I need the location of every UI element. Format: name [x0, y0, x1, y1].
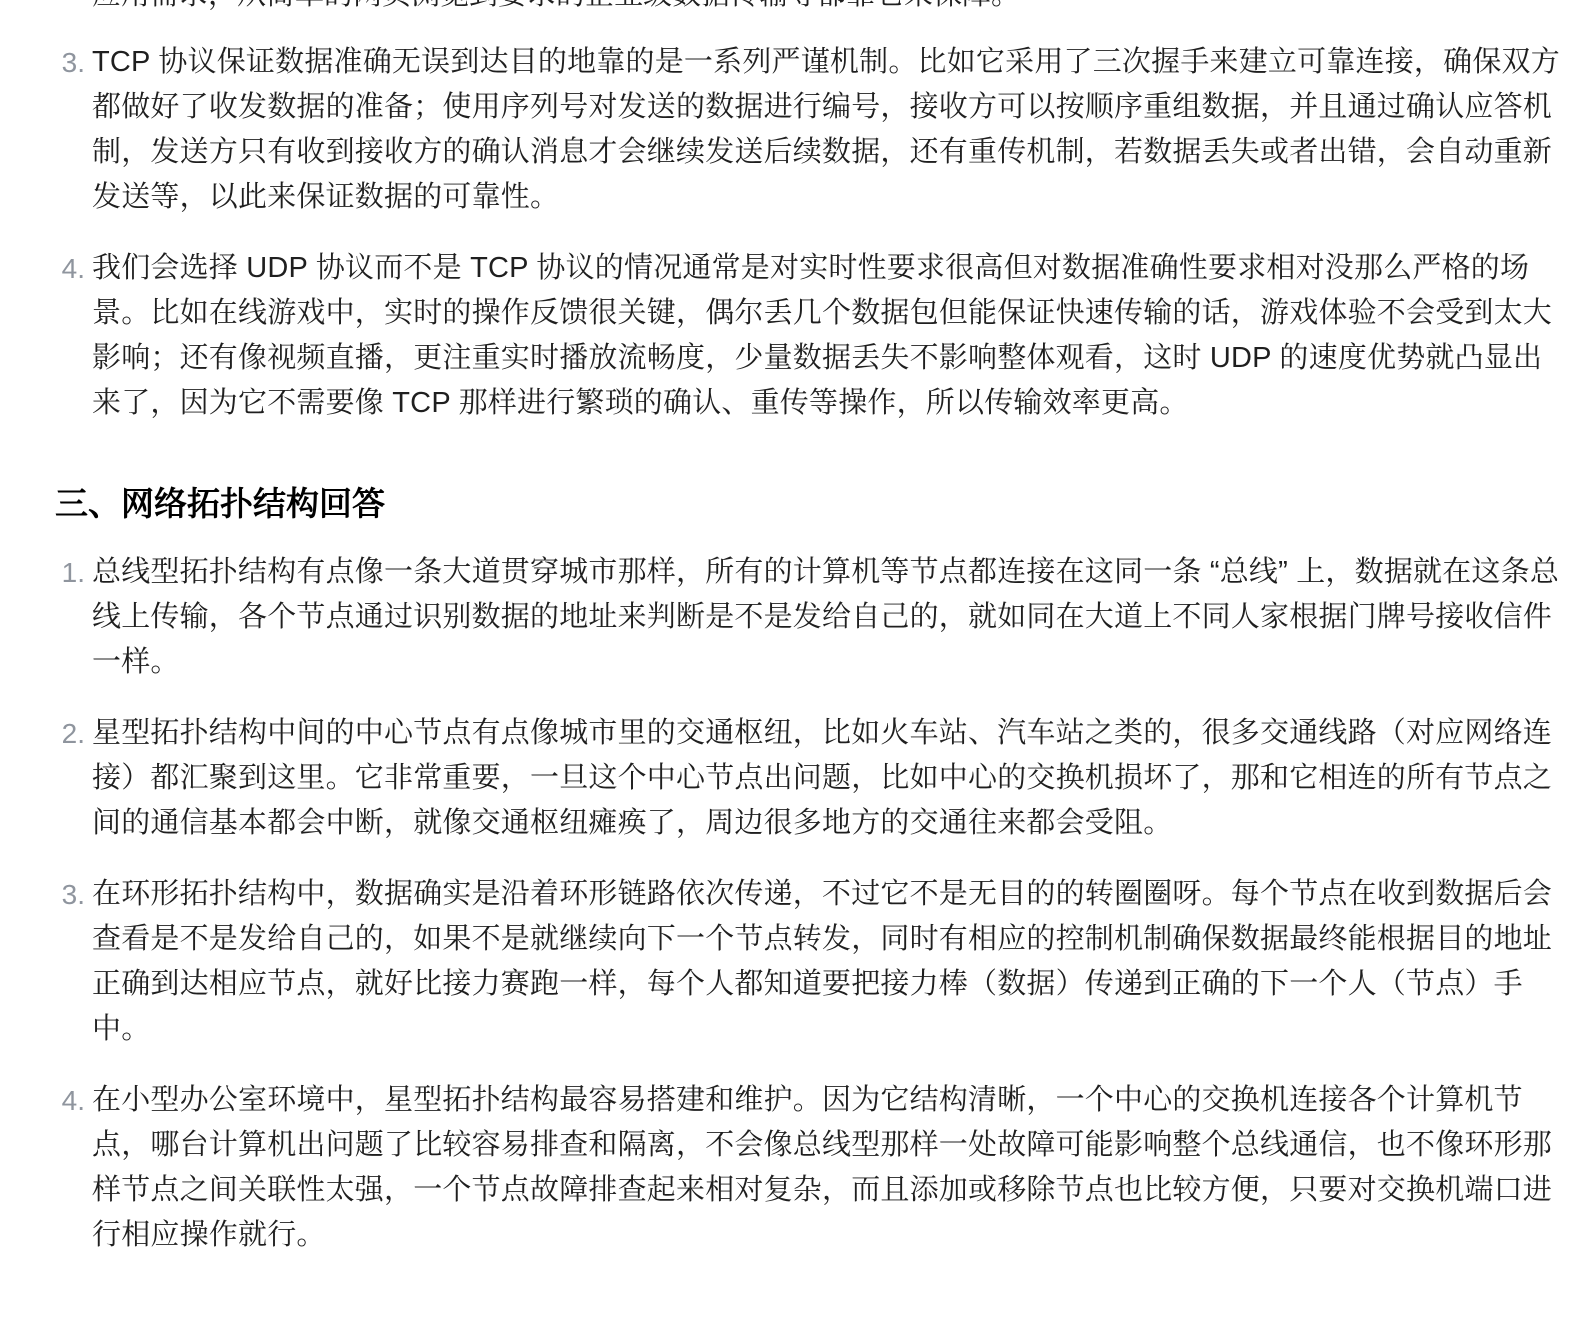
- list-item-number: 4.: [55, 246, 85, 291]
- section-heading: 三、网络拓扑结构回答: [55, 482, 1562, 526]
- list-item-number: 2.: [55, 711, 85, 756]
- clipped-previous-line: 应用需求，从简单的网页浏览到要求的企业级数据传输等都靠它来保障。: [92, 0, 1562, 18]
- list-item: 4. 我们会选择 UDP 协议而不是 TCP 协议的情况通常是对实时性要求很高但…: [55, 246, 1562, 426]
- document-page: 应用需求，从简单的网页浏览到要求的企业级数据传输等都靠它来保障。 3. TCP …: [0, 0, 1588, 1258]
- list-item-text: 在环形拓扑结构中，数据确实是沿着环形链路依次传递，不过它不是无目的的转圈圈呀。每…: [92, 872, 1562, 1052]
- list-item: 3. TCP 协议保证数据准确无误到达目的地靠的是一系列严谨机制。比如它采用了三…: [55, 40, 1562, 220]
- list-item-number: 1.: [55, 550, 85, 595]
- list-item-text: 星型拓扑结构中间的中心节点有点像城市里的交通枢纽，比如火车站、汽车站之类的，很多…: [92, 711, 1562, 846]
- list-item-text: TCP 协议保证数据准确无误到达目的地靠的是一系列严谨机制。比如它采用了三次握手…: [92, 40, 1562, 220]
- list-item: 2. 星型拓扑结构中间的中心节点有点像城市里的交通枢纽，比如火车站、汽车站之类的…: [55, 711, 1562, 846]
- list-item-text: 在小型办公室环境中，星型拓扑结构最容易搭建和维护。因为它结构清晰，一个中心的交换…: [92, 1078, 1562, 1258]
- list-item-number: 3.: [55, 40, 85, 85]
- list-item: 3. 在环形拓扑结构中，数据确实是沿着环形链路依次传递，不过它不是无目的的转圈圈…: [55, 872, 1562, 1052]
- list-item-text: 总线型拓扑结构有点像一条大道贯穿城市那样，所有的计算机等节点都连接在这同一条 “…: [92, 550, 1562, 685]
- list-item: 1. 总线型拓扑结构有点像一条大道贯穿城市那样，所有的计算机等节点都连接在这同一…: [55, 550, 1562, 685]
- topology-answer-list: 1. 总线型拓扑结构有点像一条大道贯穿城市那样，所有的计算机等节点都连接在这同一…: [55, 550, 1562, 1258]
- list-item: 4. 在小型办公室环境中，星型拓扑结构最容易搭建和维护。因为它结构清晰，一个中心…: [55, 1078, 1562, 1258]
- list-item-text: 我们会选择 UDP 协议而不是 TCP 协议的情况通常是对实时性要求很高但对数据…: [92, 246, 1562, 426]
- list-item-number: 4.: [55, 1078, 85, 1123]
- tcp-udp-answer-list: 3. TCP 协议保证数据准确无误到达目的地靠的是一系列严谨机制。比如它采用了三…: [55, 40, 1562, 426]
- list-item-number: 3.: [55, 872, 85, 917]
